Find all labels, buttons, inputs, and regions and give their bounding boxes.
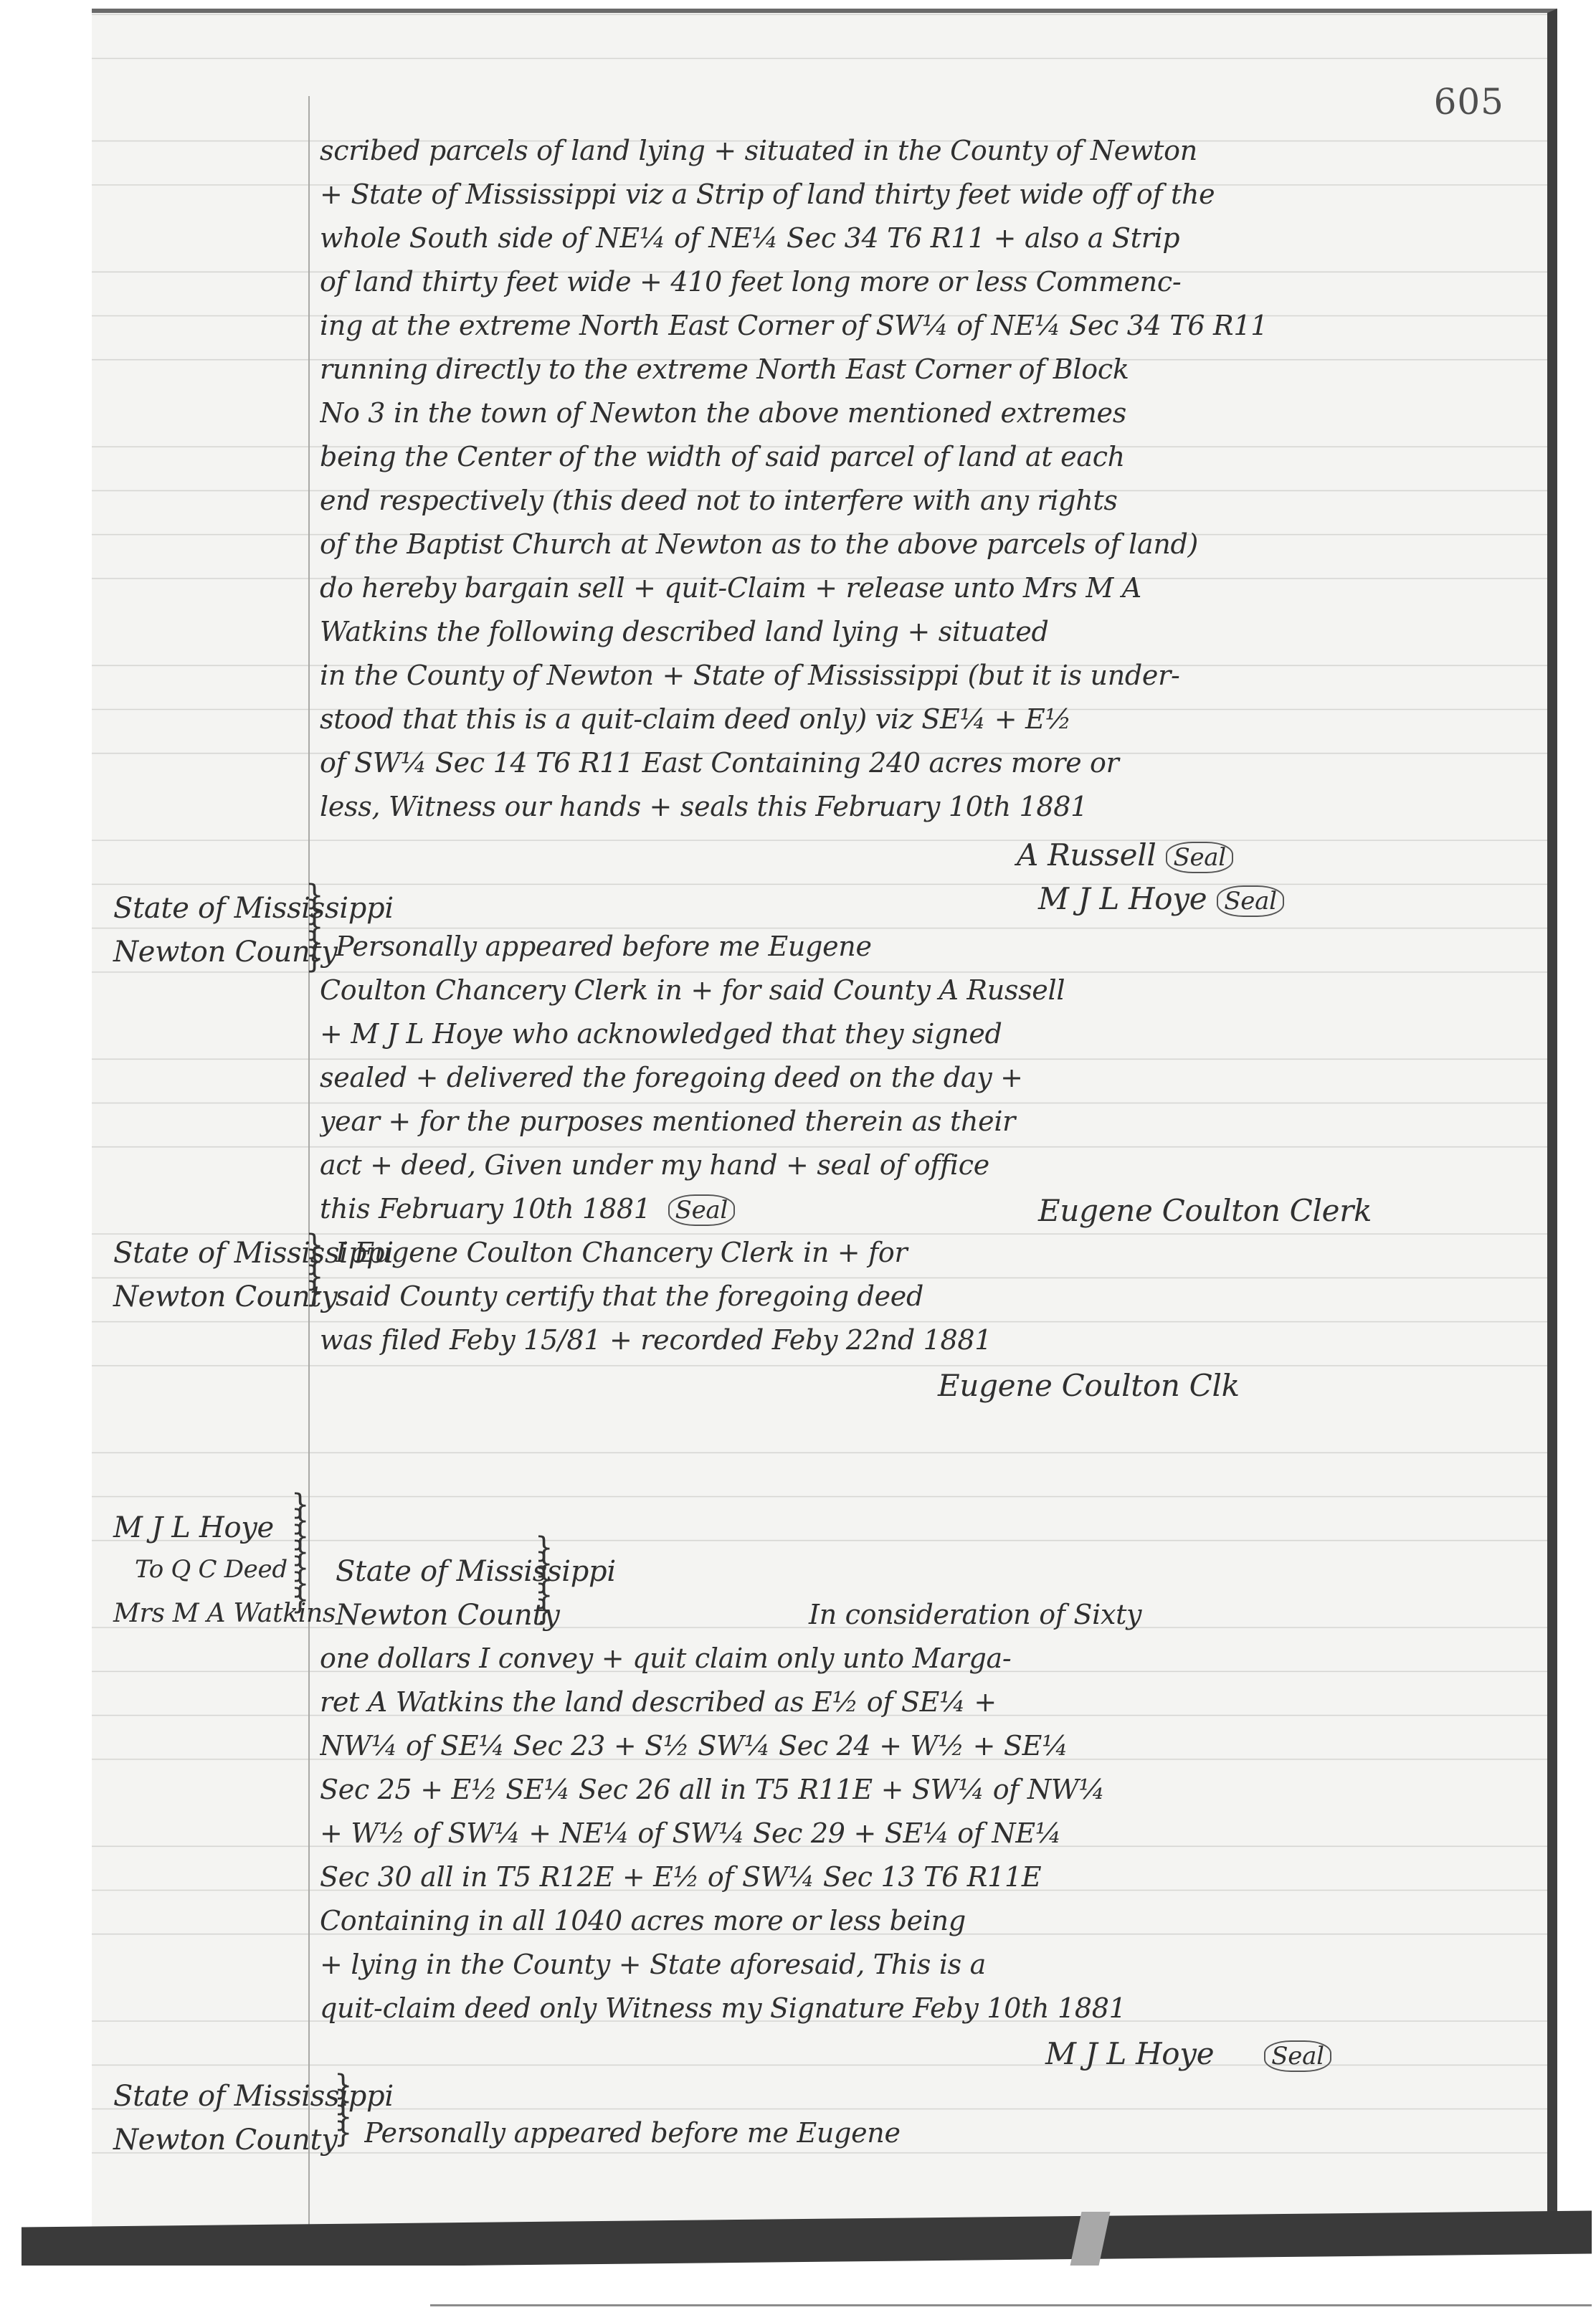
deed1-line: scribed parcels of land lying + situated…: [320, 135, 1539, 166]
brace-icon: }}}}: [305, 1237, 323, 1301]
margin-venue-state: State of Mississippi: [113, 2080, 321, 2113]
ack1-line: Personally appeared before me Eugene: [336, 931, 1554, 962]
seal-mark: Seal: [668, 1194, 735, 1226]
ack1-line: act + deed, Given under my hand + seal o…: [320, 1149, 1539, 1181]
ack2-line: Personally appeared before me Eugene: [364, 2117, 1583, 2149]
deed1-line: of the Baptist Church at Newton as to th…: [320, 528, 1539, 560]
signature-a-russell: A RussellSeal: [1017, 837, 1233, 873]
venue-state: State of Mississippi: [336, 1555, 616, 1588]
deed1-line: stood that this is a quit-claim deed onl…: [320, 703, 1539, 735]
scan-edge-line: [430, 2304, 1592, 2306]
deed1-line: end respectively (this deed not to inter…: [320, 485, 1539, 516]
deed2-line: Sec 30 all in T5 R12E + E½ of SW¼ Sec 13…: [320, 1861, 1539, 1893]
deed2-line: Sec 25 + E½ SE¼ Sec 26 all in T5 R11E + …: [320, 1774, 1539, 1805]
signature-mjl-hoye: M J L HoyeSeal: [1038, 881, 1284, 917]
clerk-signature: Eugene Coulton Clk: [938, 1368, 1240, 1403]
margin-grantee: Mrs M A Watkins: [113, 1599, 321, 1628]
deed1-line: of SW¼ Sec 14 T6 R11 East Containing 240…: [320, 747, 1539, 779]
deed2-line: quit-claim deed only Witness my Signatur…: [320, 1992, 1539, 2024]
deed1-line: running directly to the extreme North Ea…: [320, 353, 1539, 385]
brace-icon: }}}}}: [305, 888, 323, 966]
deed2-line: + W½ of SW¼ + NE¼ of SW¼ Sec 29 + SE¼ of…: [320, 1817, 1539, 1849]
ack1-date: this February 10th 1881: [320, 1193, 651, 1225]
deed1-line: less, Witness our hands + seals this Feb…: [320, 791, 1539, 822]
deed-book-page: 605 scribed parcels of land lying + situ…: [92, 9, 1557, 2238]
venue-county: Newton County: [336, 1599, 560, 1632]
deed2-line: + lying in the County + State aforesaid,…: [320, 1949, 1539, 1980]
deed2-line: NW¼ of SE¼ Sec 23 + S½ SW¼ Sec 24 + W½ +…: [320, 1730, 1539, 1762]
margin-venue-county: Newton County: [113, 1280, 321, 1313]
cert1-line: said County certify that the foregoing d…: [336, 1280, 1554, 1312]
margin-venue-state: State of Mississippi: [113, 1237, 321, 1270]
deed2-line: one dollars I convey + quit claim only u…: [320, 1643, 1539, 1674]
ack1-line: year + for the purposes mentioned therei…: [320, 1106, 1539, 1137]
margin-grantor: M J L Hoye: [113, 1511, 321, 1544]
ack1-date-line: this February 10th 1881Seal: [320, 1193, 735, 1226]
deed2-line: ret A Watkins the land described as E½ o…: [320, 1686, 1539, 1718]
clerk-signature: Eugene Coulton Clerk: [1038, 1193, 1372, 1228]
seal-mark: Seal: [1264, 2040, 1331, 2072]
deed1-line: + State of Mississippi viz a Strip of la…: [320, 179, 1539, 210]
ack1-line: + M J L Hoye who acknowledged that they …: [320, 1018, 1539, 1050]
deed1-line: in the County of Newton + State of Missi…: [320, 660, 1539, 691]
brace-icon: }}}}}}}: [291, 1497, 308, 1607]
deed1-line: ing at the extreme North East Corner of …: [320, 310, 1539, 341]
deed1-line: being the Center of the width of said pa…: [320, 441, 1539, 472]
signature-mjl-hoye: M J L HoyeSeal: [1045, 2036, 1331, 2072]
page-number: 605: [1434, 81, 1504, 123]
ack1-line: Coulton Chancery Clerk in + for said Cou…: [320, 974, 1539, 1006]
deed1-line: Watkins the following described land lyi…: [320, 616, 1539, 647]
margin-venue-state: State of Mississippi: [113, 892, 321, 925]
signature-name: A Russell: [1017, 837, 1156, 873]
margin-rule: [308, 96, 310, 2238]
deed1-line: whole South side of NE¼ of NE¼ Sec 34 T6…: [320, 222, 1539, 254]
cert1-line: I Eugene Coulton Chancery Clerk in + for: [336, 1237, 1554, 1268]
seal-mark: Seal: [1166, 842, 1232, 873]
margin-instrument: To Q C Deed: [135, 1555, 343, 1584]
deed2-line: In consideration of Sixty: [809, 1599, 1141, 1630]
deed1-line: No 3 in the town of Newton the above men…: [320, 397, 1539, 429]
seal-mark: Seal: [1217, 885, 1283, 917]
margin-venue-county: Newton County: [113, 936, 321, 969]
brace-icon: }}}}}: [535, 1540, 552, 1619]
cert1-line: was filed Feby 15/81 + recorded Feby 22n…: [320, 1324, 1539, 1356]
deed1-line: of land thirty feet wide + 410 feet long…: [320, 266, 1539, 298]
deed2-line: Containing in all 1040 acres more or les…: [320, 1905, 1539, 1936]
scan-bottom-margin: [0, 2266, 1596, 2315]
signature-name: M J L Hoye: [1045, 2036, 1214, 2071]
deed1-line: do hereby bargain sell + quit-Claim + re…: [320, 572, 1539, 604]
margin-venue-county: Newton County: [113, 2124, 321, 2157]
ack1-line: sealed + delivered the foregoing deed on…: [320, 1062, 1539, 1093]
signature-name: M J L Hoye: [1038, 881, 1207, 916]
brace-icon: }}}}: [334, 2078, 351, 2141]
